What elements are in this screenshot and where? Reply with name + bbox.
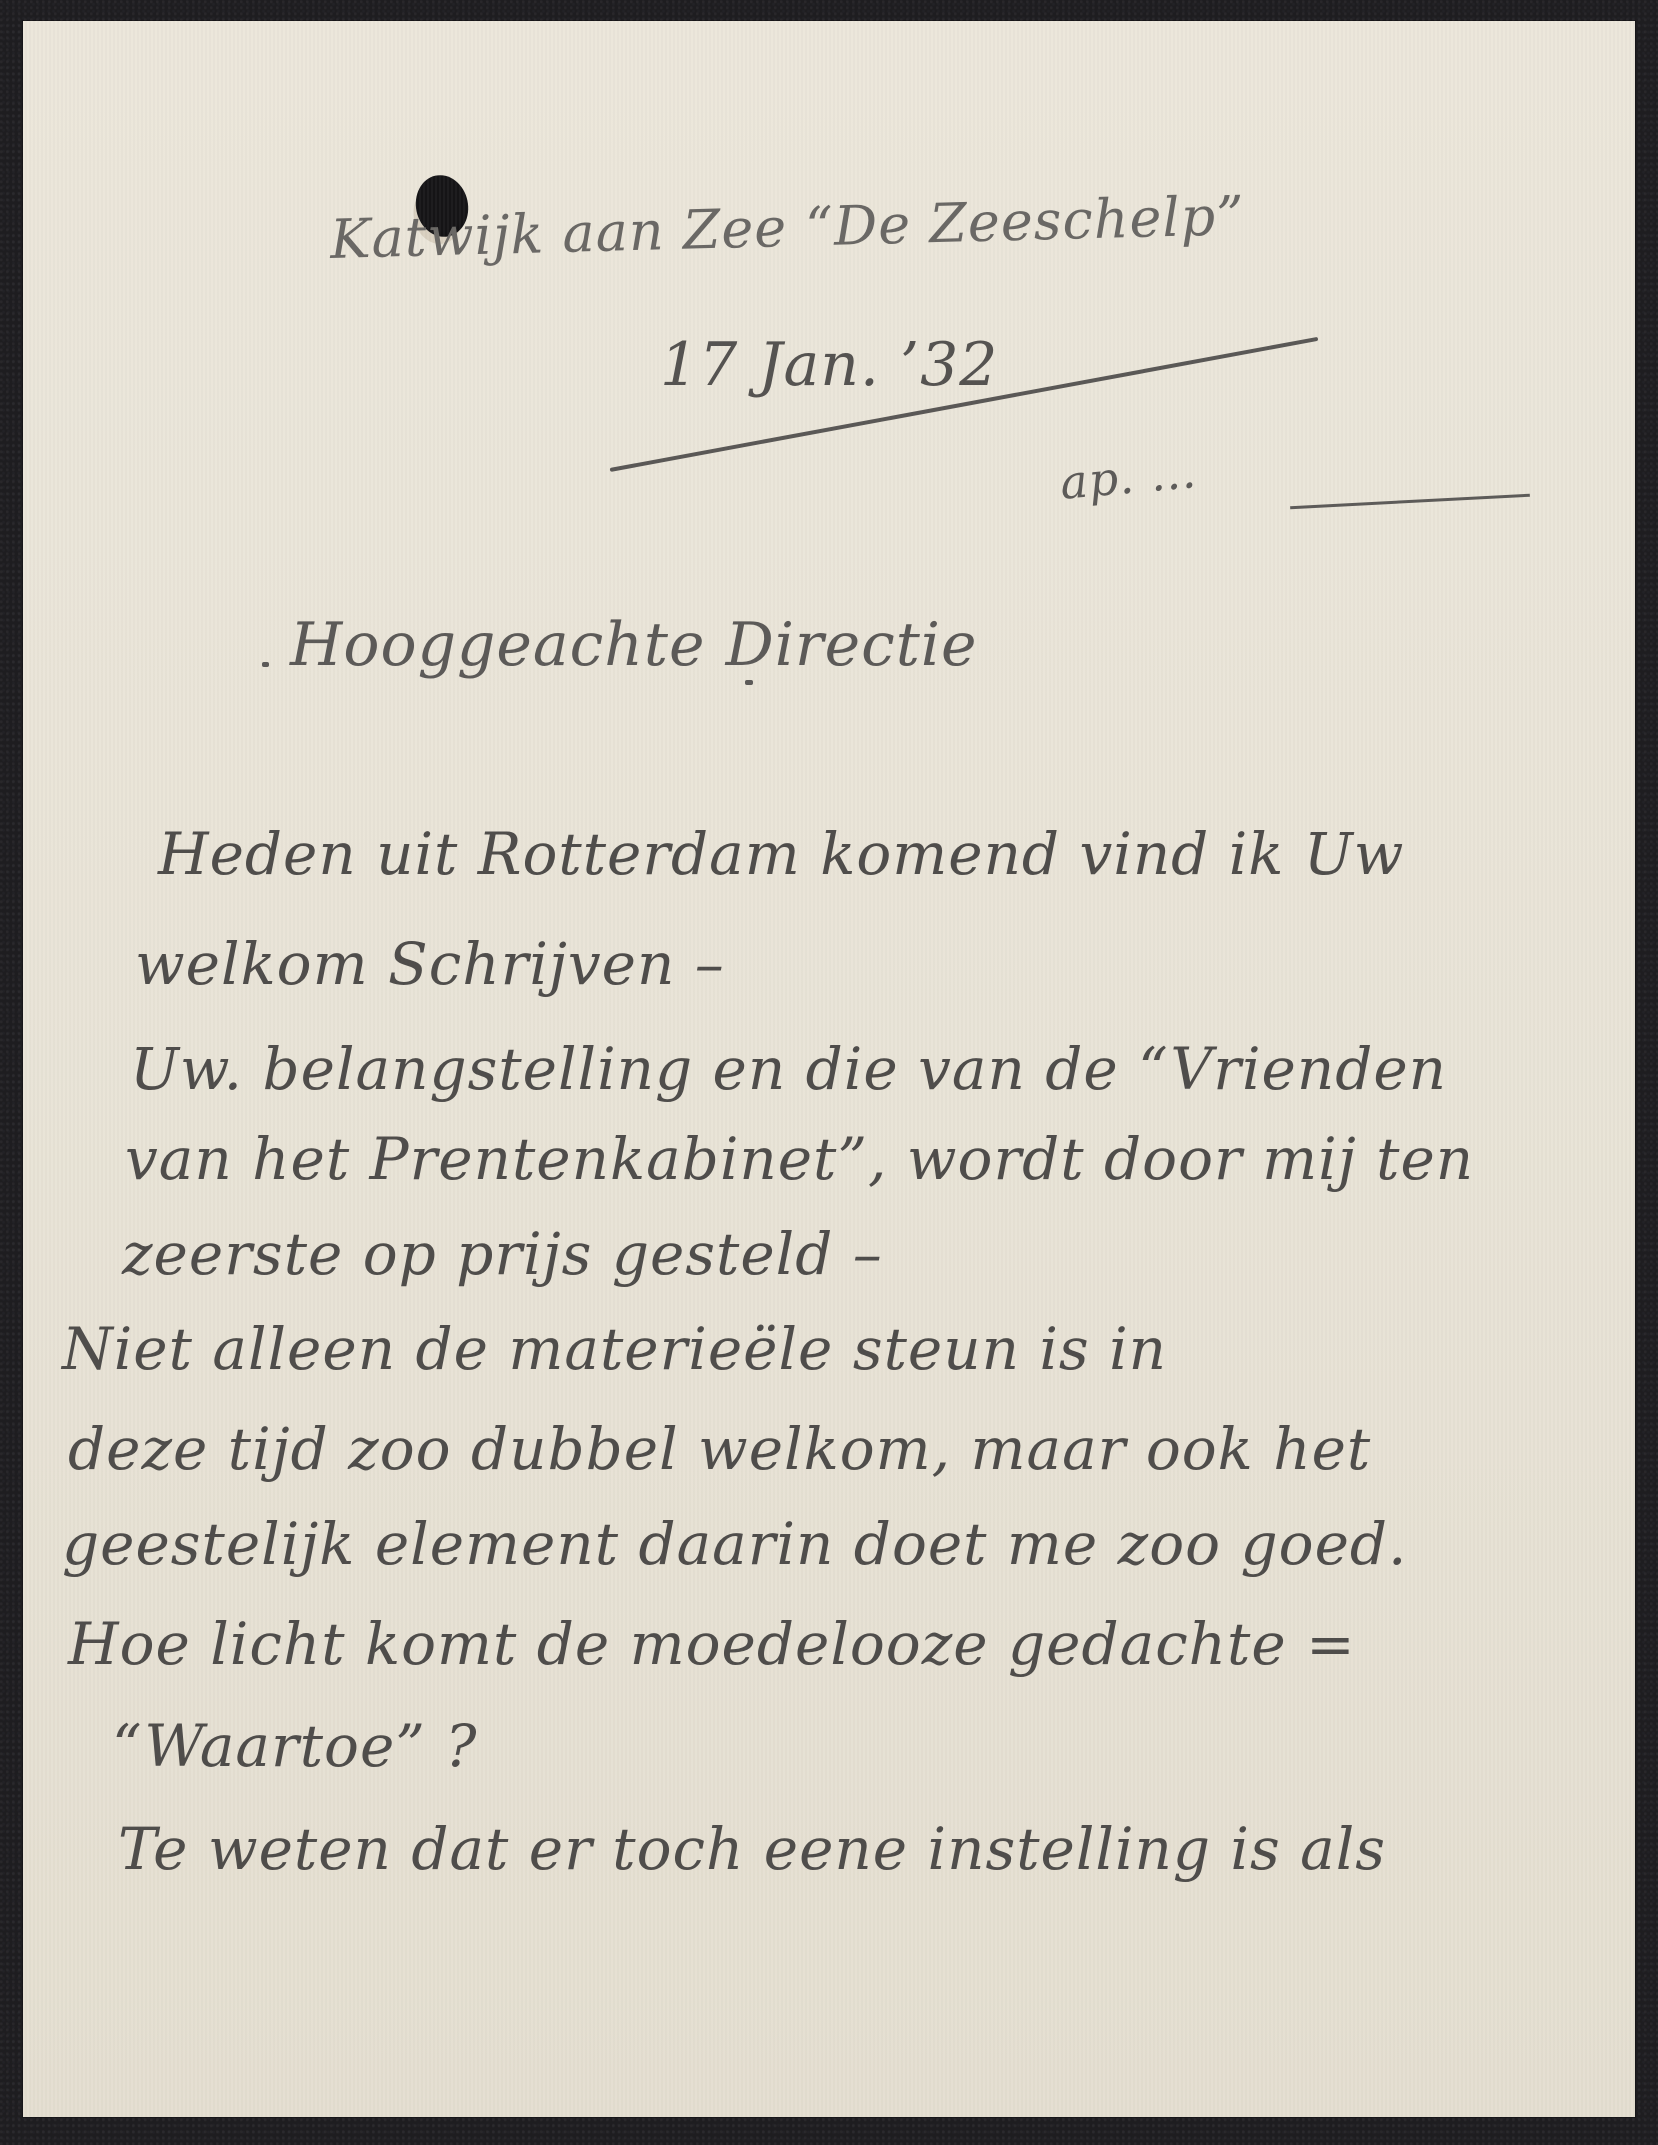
body-line-10: “Waartoe” ? (112, 1712, 477, 1780)
body-line-3: Uw. belangstelling en die van de “Vriend… (130, 1035, 1447, 1103)
body-line-1: Heden uit Rotterdam komend vind ik Uw (158, 820, 1404, 888)
body-line-5: zeerste op prijs gesteld – (122, 1220, 883, 1288)
body-line-11: Te weten dat er toch eene instelling is … (118, 1815, 1386, 1883)
letter-date: 17 Jan. ’32 (660, 330, 998, 400)
body-line-9: Hoe licht komt de moedelooze gedachte = (68, 1610, 1356, 1678)
salutation-mark-right (745, 680, 753, 685)
body-line-2: welkom Schrijven – (135, 930, 725, 998)
body-line-8: geestelijk element daarin doet me zoo go… (62, 1510, 1407, 1578)
body-line-6: Niet alleen de materieële steun is in (62, 1315, 1167, 1383)
body-line-4: van het Prentenkabinet”, wordt door mij … (125, 1125, 1474, 1193)
body-line-7: deze tijd zoo dubbel welkom, maar ook he… (68, 1415, 1371, 1483)
letter-salutation: Hooggeachte Directie (290, 610, 978, 680)
salutation-mark-left (262, 662, 269, 667)
